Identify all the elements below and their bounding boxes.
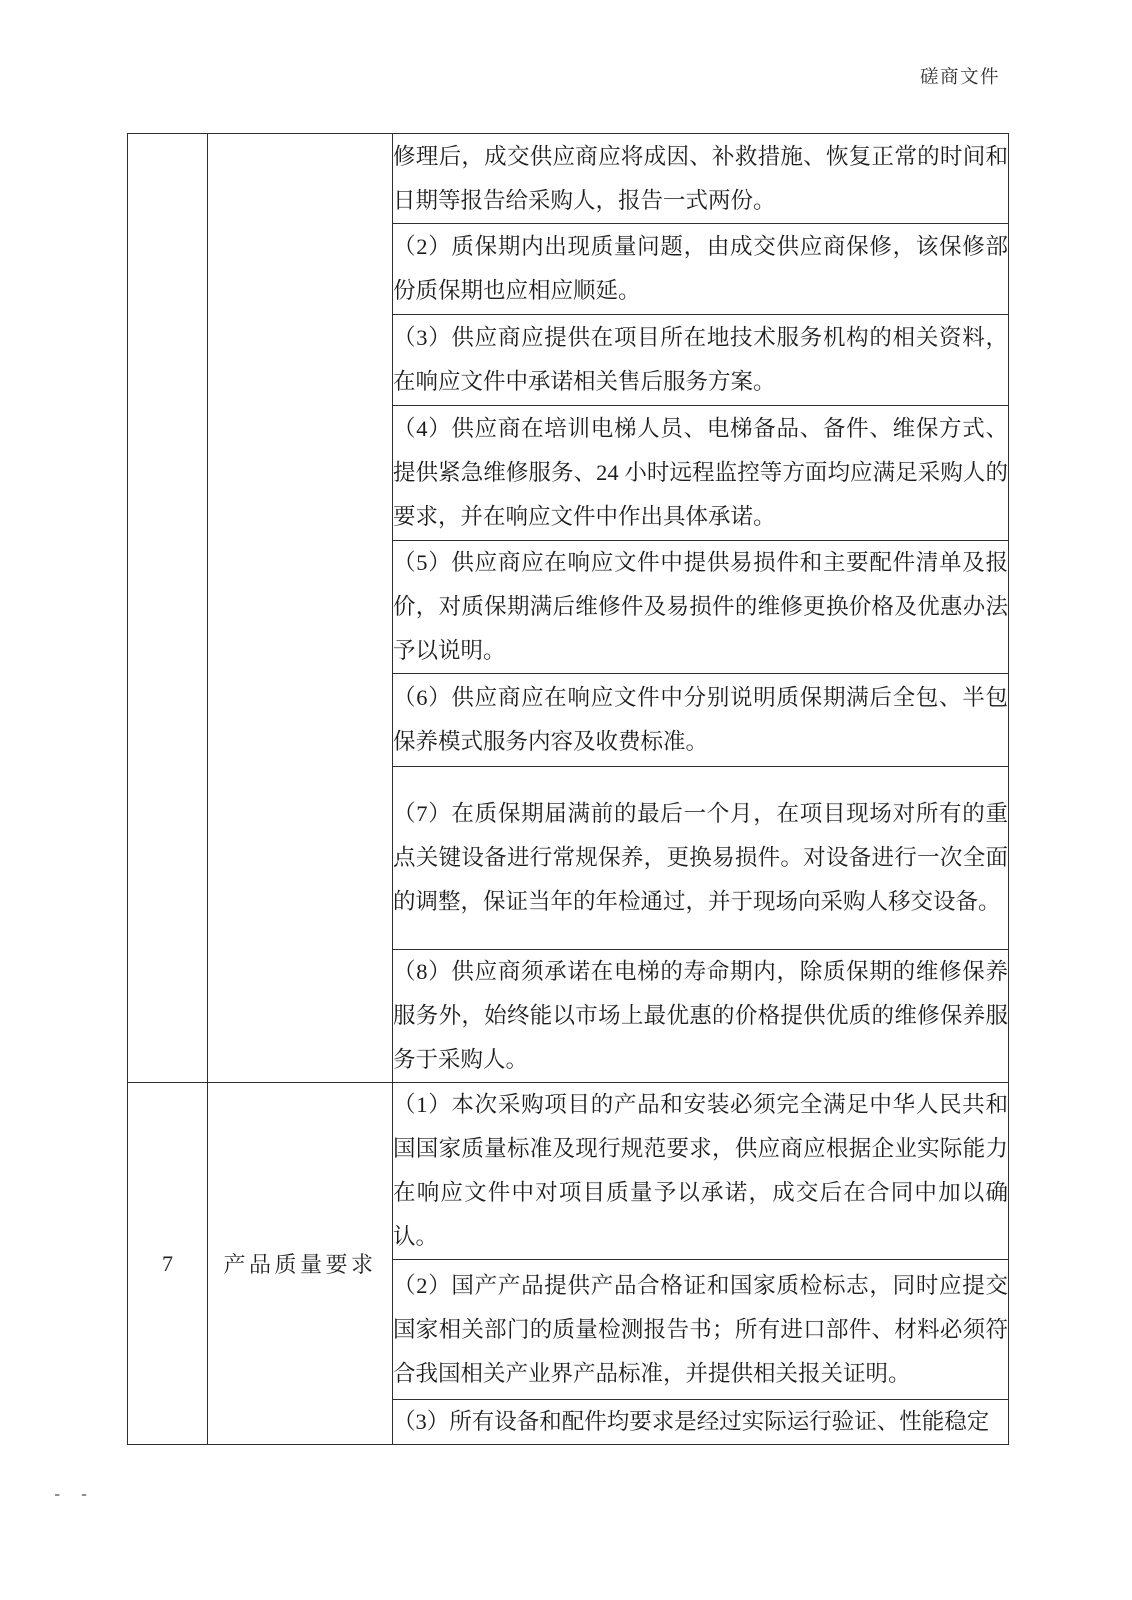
clause-cell: （7）在质保期届满前的最后一个月，在项目现场对所有的重点关键设备进行常规保养，更… bbox=[393, 767, 1009, 950]
page-header-title: 磋商文件 bbox=[920, 63, 1000, 89]
item-name-cell bbox=[208, 134, 393, 1083]
requirements-table: 修理后，成交供应商应将成因、补救措施、恢复正常的时间和日期等报告给采购人，报告一… bbox=[127, 133, 1009, 1445]
clause-row: 7产品质量要求（1）本次采购项目的产品和安装必须完全满足中华人民共和国国家质量标… bbox=[128, 1083, 1009, 1260]
item-name-cell: 产品质量要求 bbox=[208, 1083, 393, 1445]
clause-cell: （1）本次采购项目的产品和安装必须完全满足中华人民共和国国家质量标准及现行规范要… bbox=[393, 1083, 1009, 1260]
row-number-cell: 7 bbox=[128, 1083, 208, 1445]
clause-cell: （3）所有设备和配件均要求是经过实际运行验证、性能稳定 bbox=[393, 1400, 1009, 1445]
clause-cell: （4）供应商在培训电梯人员、电梯备品、备件、维保方式、提供紧急维修服务、24 小… bbox=[393, 406, 1009, 541]
document-page: 磋商文件 修理后，成交供应商应将成因、补救措施、恢复正常的时间和日期等报告给采购… bbox=[0, 0, 1132, 1600]
clause-cell: （8）供应商须承诺在电梯的寿命期内，除质保期的维修保养服务外，始终能以市场上最优… bbox=[393, 950, 1009, 1083]
requirements-table-body: 修理后，成交供应商应将成因、补救措施、恢复正常的时间和日期等报告给采购人，报告一… bbox=[128, 134, 1009, 1445]
clause-cell: （2）国产产品提供产品合格证和国家质检标志，同时应提交国家相关部门的质量检测报告… bbox=[393, 1260, 1009, 1400]
clause-cell: 修理后，成交供应商应将成因、补救措施、恢复正常的时间和日期等报告给采购人，报告一… bbox=[393, 134, 1009, 224]
row-number-cell bbox=[128, 134, 208, 1083]
clause-cell: （2）质保期内出现质量问题，由成交供应商保修，该保修部份质保期也应相应顺延。 bbox=[393, 224, 1009, 315]
clause-row: 修理后，成交供应商应将成因、补救措施、恢复正常的时间和日期等报告给采购人，报告一… bbox=[128, 134, 1009, 224]
page-number-mark: - - bbox=[53, 1487, 93, 1503]
clause-cell: （5）供应商应在响应文件中提供易损件和主要配件清单及报价，对质保期满后维修件及易… bbox=[393, 541, 1009, 674]
clause-cell: （3）供应商应提供在项目所在地技术服务机构的相关资料，在响应文件中承诺相关售后服… bbox=[393, 315, 1009, 406]
clause-cell: （6）供应商应在响应文件中分别说明质保期满后全包、半包保养模式服务内容及收费标准… bbox=[393, 674, 1009, 767]
